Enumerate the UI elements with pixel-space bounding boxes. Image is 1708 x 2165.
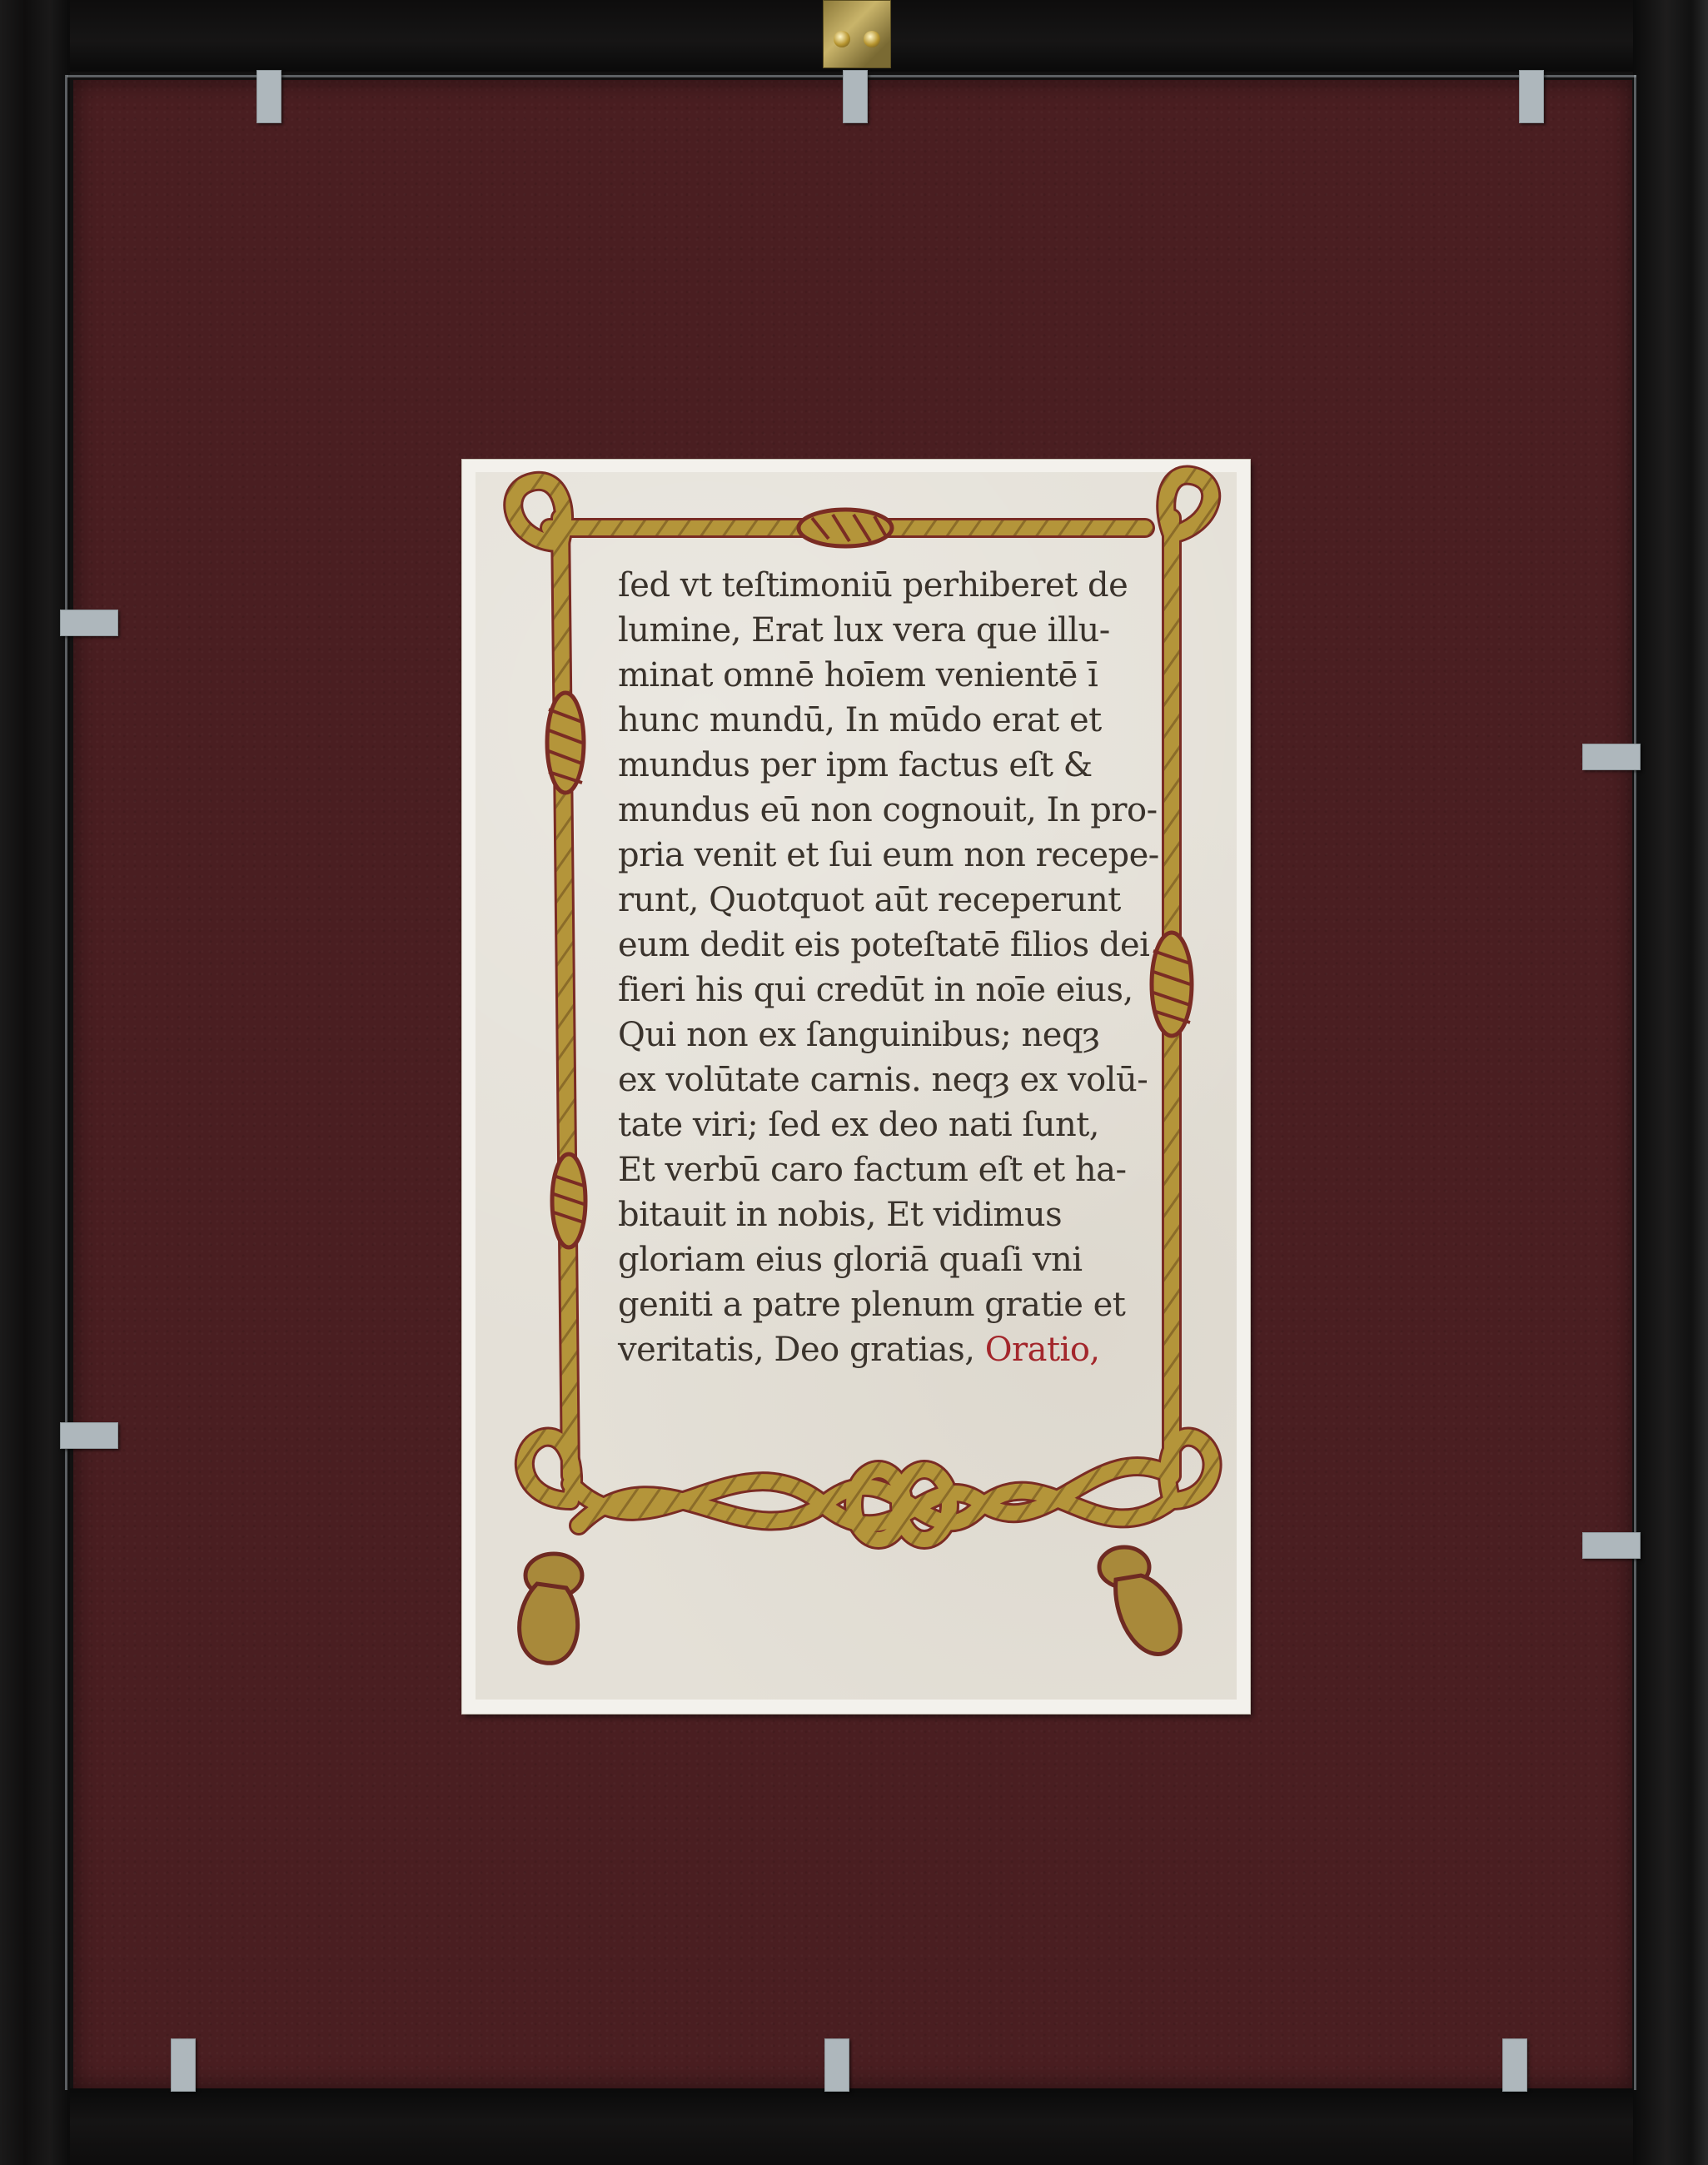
text-line: ſed vt teſtimoniū perhiberet de	[618, 563, 1151, 608]
rivet-icon	[864, 31, 880, 47]
text-line: tate viri; ſed ex deo nati ſunt,	[618, 1102, 1151, 1147]
text-line: bitauit in nobis, Et vidimus	[618, 1192, 1151, 1237]
text-line: hunc mundū, In mūdo erat et	[618, 698, 1151, 743]
brass-hanger-icon	[823, 0, 891, 68]
frame-clip-icon	[60, 1422, 118, 1449]
frame-bottom-rail	[0, 2088, 1708, 2165]
glass-edge-left	[65, 75, 67, 2090]
text-line: minat omnē hoīem venientē ī	[618, 653, 1151, 698]
frame-clip-icon	[824, 2038, 849, 2092]
text-line: geniti a patre plenum gratie et	[618, 1282, 1151, 1327]
text-line: fieri his qui credūt in noīe eius,	[618, 968, 1151, 1013]
glass-edge-right	[1634, 75, 1636, 2090]
text-line: runt, Quotquot aūt receperunt	[618, 878, 1151, 923]
frame-clip-icon	[1582, 1532, 1641, 1559]
text-line: mundus eū non cognouit, In pro-	[618, 788, 1151, 833]
frame-clip-icon	[60, 610, 118, 636]
text-line: eum dedit eis poteſtatē filios dei	[618, 923, 1151, 968]
text-line: ex volūtate carnis. neqȝ ex volū-	[618, 1058, 1151, 1102]
rivet-icon	[834, 31, 850, 47]
text-line: mundus per ipm factus eſt &	[618, 743, 1151, 788]
manuscript-text: ſed vt teſtimoniū perhiberet de lumine, …	[618, 563, 1151, 1372]
frame-left-rail	[0, 0, 70, 2165]
text-line: Qui non ex ſanguinibus; neqȝ	[618, 1013, 1151, 1058]
text-line-final: veritatis, Deo gratias, Oratio,	[618, 1327, 1151, 1372]
frame-clip-icon	[171, 2038, 196, 2092]
frame-clip-icon	[1582, 744, 1641, 770]
text-line: lumine, Erat lux vera que illu-	[618, 608, 1151, 653]
frame-clip-icon	[256, 70, 281, 123]
text-line: Et verbū caro factum eſt et ha-	[618, 1147, 1151, 1192]
text-line: pria venit et ſui eum non recepe-	[618, 833, 1151, 878]
frame-clip-icon	[1519, 70, 1544, 123]
frame-clip-icon	[843, 70, 868, 123]
rubric-oratio: Oratio,	[985, 1331, 1100, 1369]
frame-right-rail	[1633, 0, 1708, 2165]
text-line: gloriam eius gloriā quaſi vni	[618, 1237, 1151, 1282]
frame-clip-icon	[1502, 2038, 1527, 2092]
text-line: veritatis, Deo gratias,	[618, 1331, 975, 1369]
